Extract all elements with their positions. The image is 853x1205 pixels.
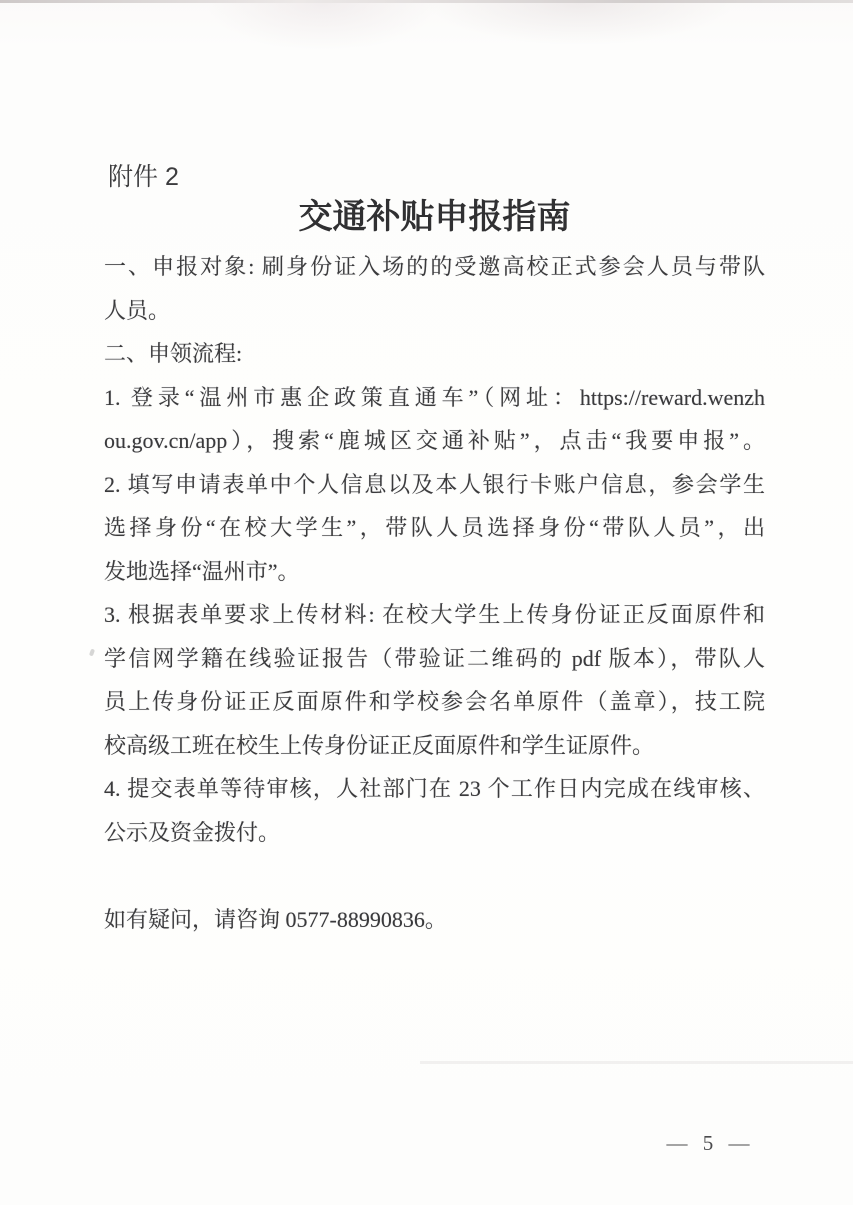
- document-line: 发地选择“温州市”。: [104, 550, 765, 594]
- scan-smudge-artifact: [205, 3, 440, 51]
- document-line: 4. 提交表单等待审核，人社部门在 23 个工作日内完成在线审核、: [104, 767, 765, 811]
- scan-speck-artifact: [89, 649, 95, 657]
- document-line: 一、申报对象: 刷身份证入场的的受邀高校正式参会人员与带队: [104, 245, 765, 289]
- document-line: 2. 填写申请表单中个人信息以及本人银行卡账户信息，参会学生: [104, 463, 765, 507]
- scanned-document-page: 附件 2 交通补贴申报指南 一、申报对象: 刷身份证入场的的受邀高校正式参会人员…: [0, 0, 853, 1205]
- document-line: 人员。: [104, 289, 765, 333]
- page-number: — 5 —: [636, 1129, 780, 1157]
- document-title: 交通补贴申报指南: [104, 196, 765, 240]
- document-line: ou.gov.cn/app），搜索“鹿城区交通补贴”，点击“我要申报”。: [104, 419, 765, 463]
- document-line: 3. 根据表单要求上传材料: 在校大学生上传身份证正反面原件和: [104, 593, 765, 637]
- document-body: 一、申报对象: 刷身份证入场的的受邀高校正式参会人员与带队 人员。 二、申领流程…: [104, 245, 765, 941]
- document-line: 选择身份“在校大学生”，带队人员选择身份“带队人员”，出: [104, 506, 765, 550]
- document-line: 1. 登录“温州市惠企政策直通车”（网址：https://reward.wenz…: [104, 376, 765, 420]
- document-line: 公示及资金拨付。: [104, 811, 765, 855]
- document-line: 二、申领流程:: [104, 332, 765, 376]
- attachment-label: 附件 2: [108, 162, 179, 192]
- scan-streak-artifact: [420, 1061, 853, 1064]
- document-line: 学信网学籍在线验证报告（带验证二维码的 pdf 版本），带队人: [104, 637, 765, 681]
- document-line: 校高级工班在校生上传身份证正反面原件和学生证原件。: [104, 724, 765, 768]
- document-contact-line: 如有疑问，请咨询 0577-88990836。: [104, 898, 765, 942]
- scan-smudge-artifact: [425, 3, 735, 45]
- document-line: 员上传身份证正反面原件和学校参会名单原件（盖章），技工院: [104, 680, 765, 724]
